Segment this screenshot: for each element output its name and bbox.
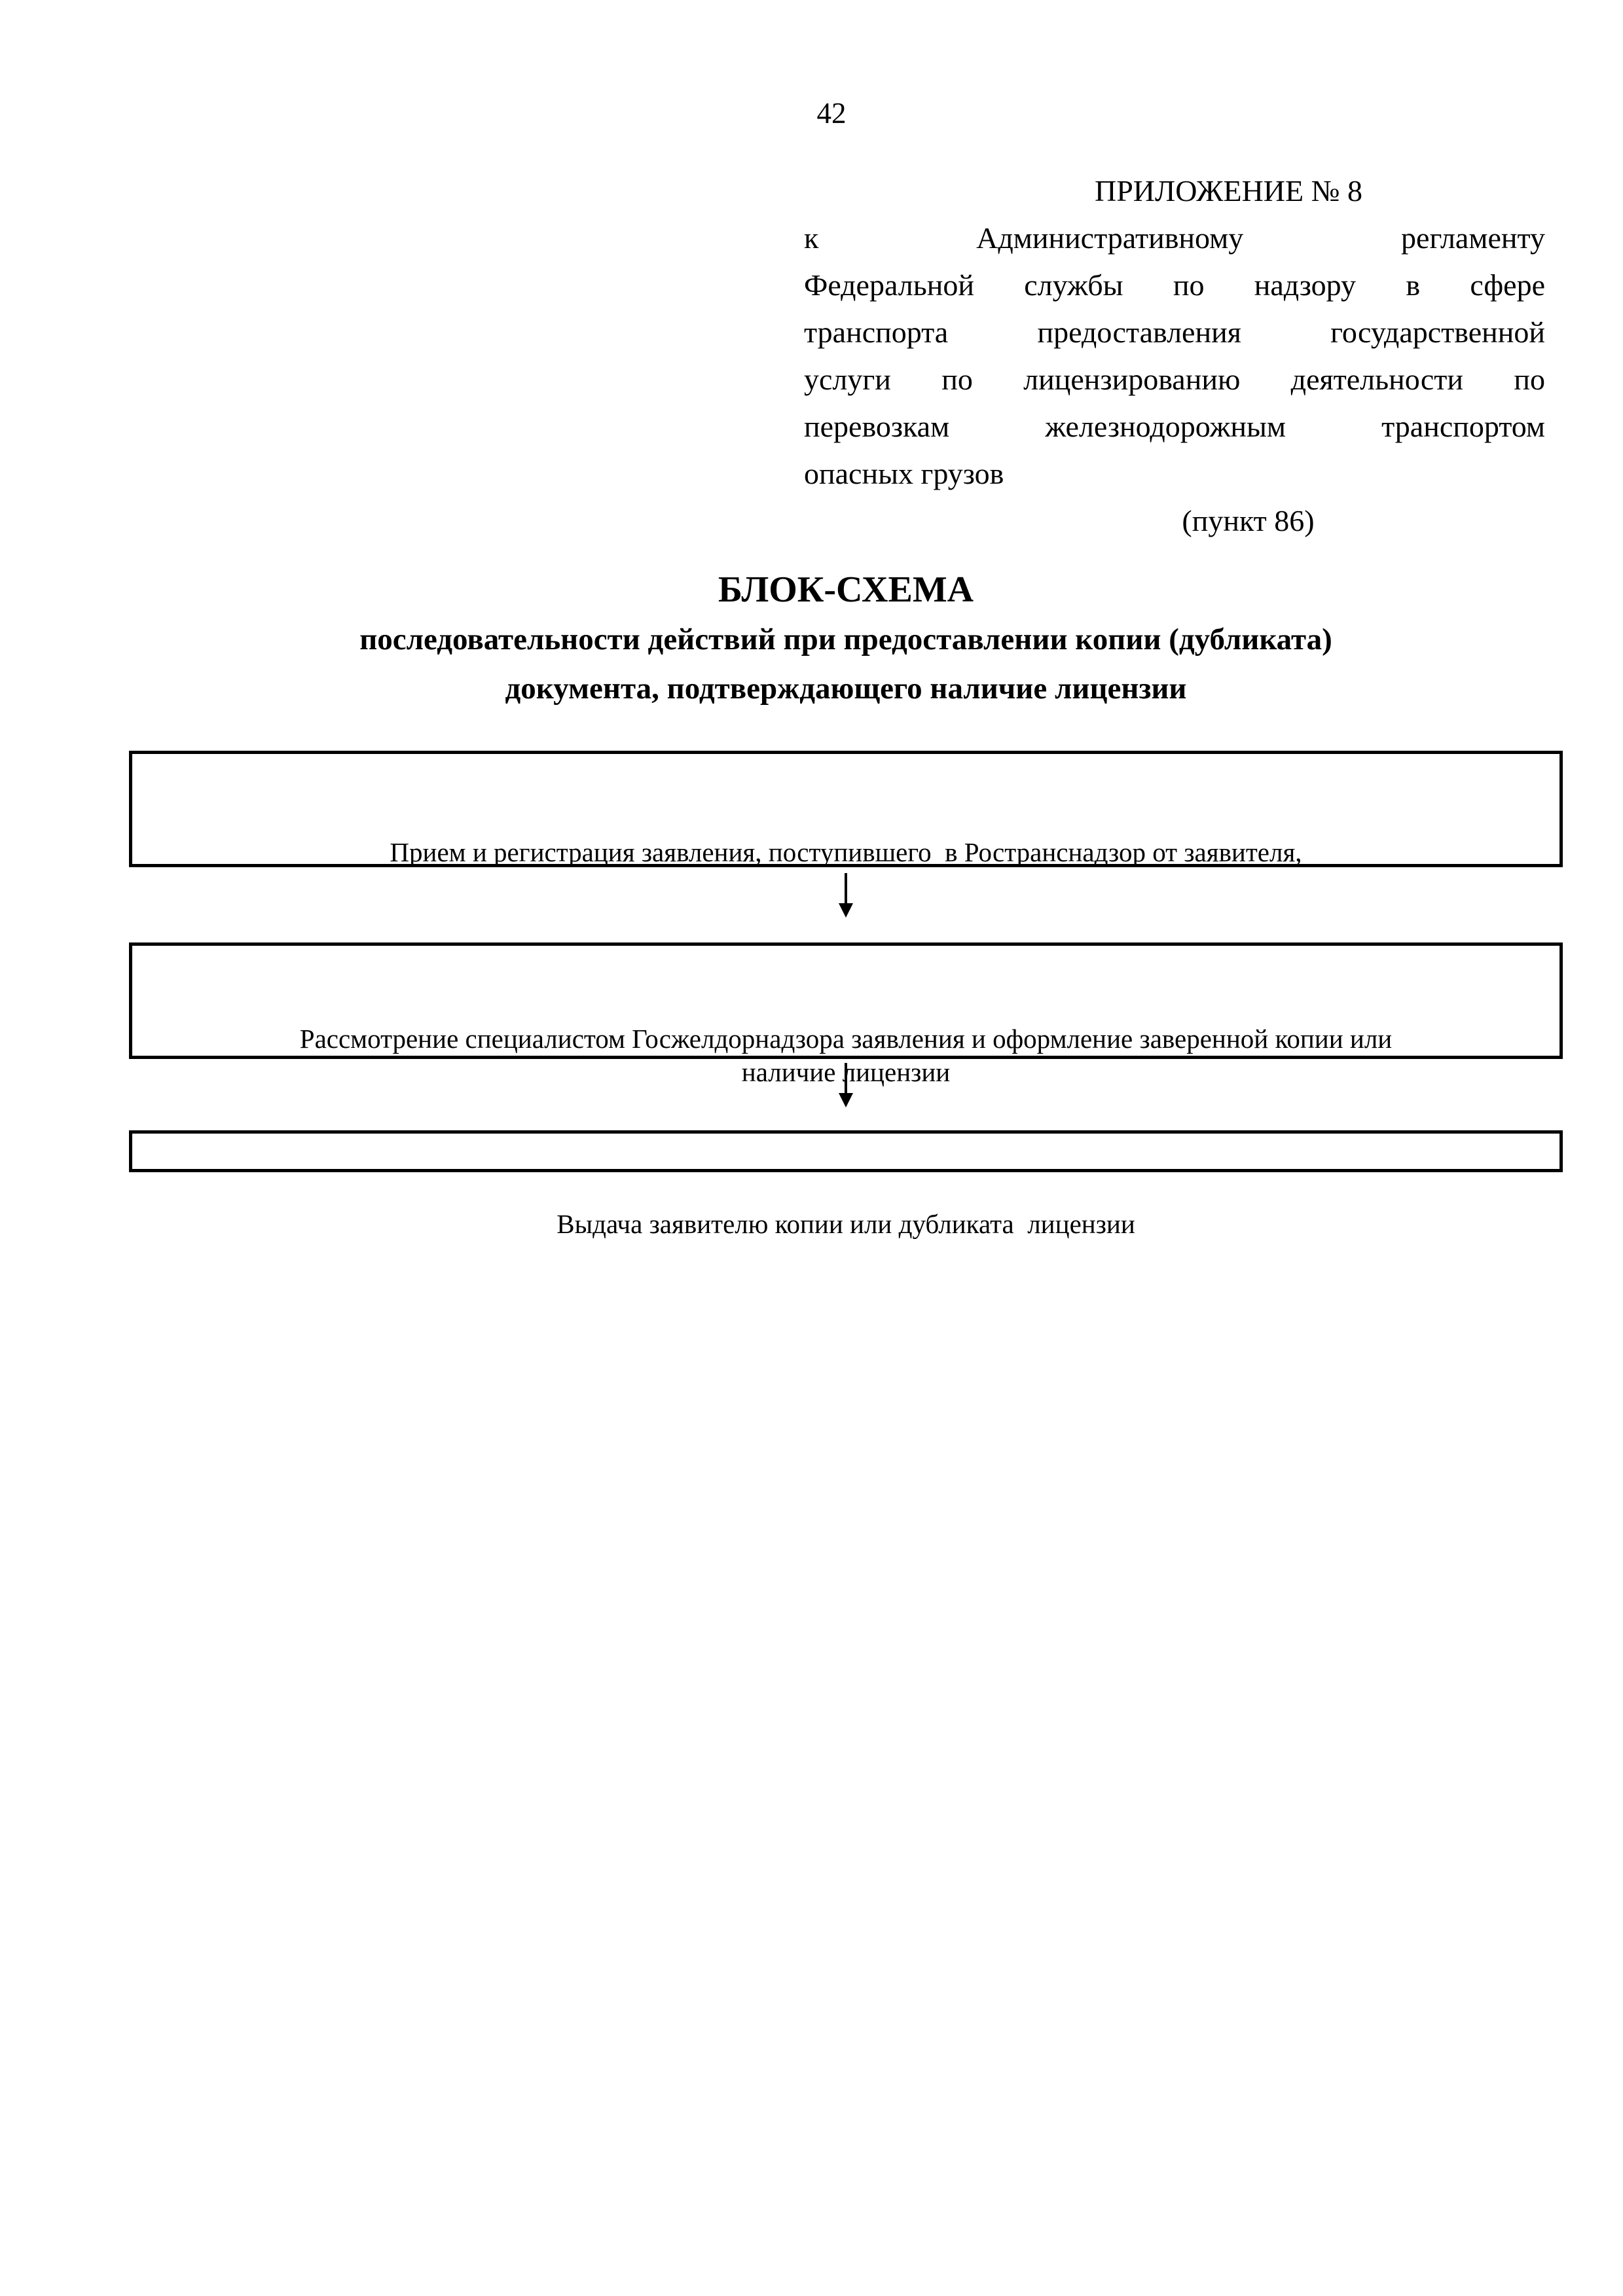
flow-arrow-2 — [129, 1063, 1563, 1111]
flow-step-2-box: Рассмотрение специалистом Госжелдорнадзо… — [129, 942, 1563, 1059]
flow-step-3-text-line: Выдача заявителю копии или дубликата лиц… — [132, 1207, 1559, 1241]
flow-arrow-1 — [129, 873, 1563, 921]
appendix-line: Федеральной службы по надзору в сфере — [804, 262, 1545, 309]
appendix-line: опасных грузов — [804, 450, 1545, 497]
document-page: 42 ПРИЛОЖЕНИЕ № 8 к Административному ре… — [0, 0, 1623, 2296]
page-number: 42 — [766, 97, 897, 130]
title-subtitle-line2: документа, подтверждающего наличие лицен… — [129, 664, 1563, 713]
down-arrow-icon — [835, 873, 856, 918]
appendix-block: ПРИЛОЖЕНИЕ № 8 к Административному регла… — [804, 168, 1545, 545]
flow-step-2-text-line: Рассмотрение специалистом Госжелдорнадзо… — [132, 1020, 1559, 1057]
appendix-punkt: (пункт 86) — [804, 497, 1545, 545]
flow-step-3-box: Выдача заявителю копии или дубликата лиц… — [129, 1130, 1563, 1172]
appendix-line: услуги по лицензированию деятельности по — [804, 356, 1545, 403]
title-block: БЛОК-СХЕМА последовательности действий п… — [129, 564, 1563, 713]
appendix-title: ПРИЛОЖЕНИЕ № 8 — [804, 168, 1545, 215]
down-arrow-icon — [835, 1063, 856, 1107]
title-heading: БЛОК-СХЕМА — [129, 564, 1563, 615]
appendix-line: к Административному регламенту — [804, 215, 1545, 262]
appendix-line: перевозкам железнодорожным транспортом — [804, 403, 1545, 450]
flow-step-1-text-line: Прием и регистрация заявления, поступивш… — [132, 834, 1559, 870]
flow-step-1-box: Прием и регистрация заявления, поступивш… — [129, 751, 1563, 867]
appendix-line: транспорта предоставления государственно… — [804, 309, 1545, 356]
title-subtitle-line1: последовательности действий при предоста… — [129, 615, 1563, 664]
